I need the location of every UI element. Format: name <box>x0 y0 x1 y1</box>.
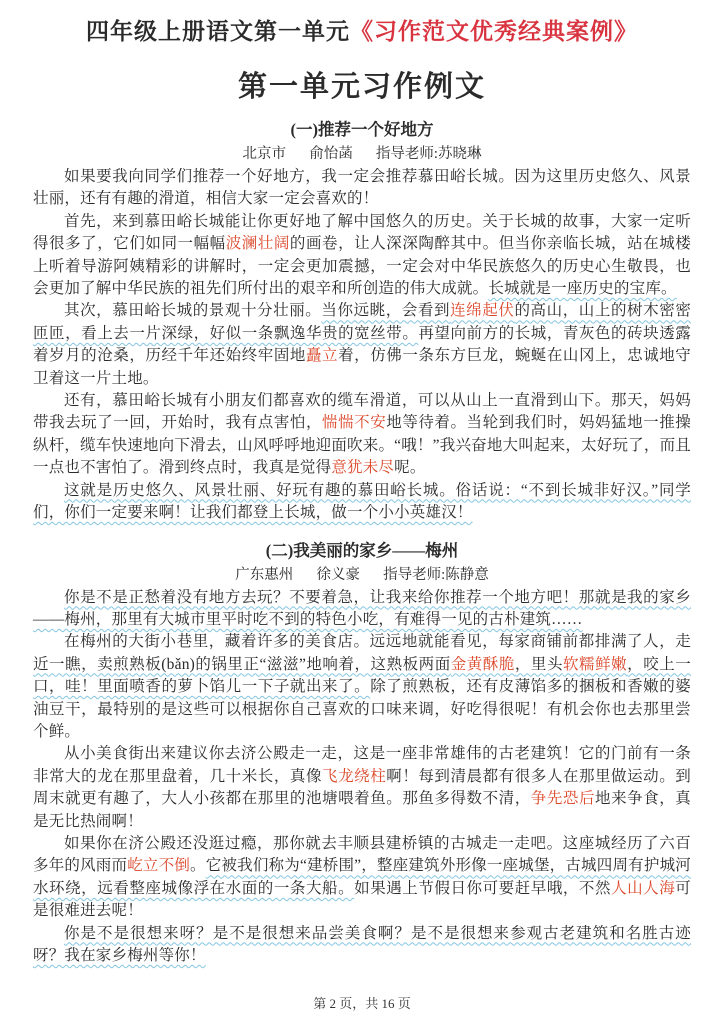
paragraph: 从小美食街出来建议你去济公殿走一走，这是一座非常雄伟的古老建筑！它的门前有一条非… <box>33 743 691 833</box>
text-run: 其次，慕田峪长城的景观十分壮丽。 <box>64 302 321 319</box>
keyword-red-run: 人山人海 <box>611 880 675 897</box>
author-location: 北京市 <box>243 146 287 162</box>
wavy-underline-run: 你是不是很想来呀？是不是很想来品尝美食啊？是不是很想来参观古老建筑和名胜古迹呀？… <box>33 925 691 964</box>
paragraph: 在梅州的大街小巷里，藏着许多的美食店。远远地就能看见，每家商铺前都排满了人，走近… <box>33 631 691 743</box>
wavy-underline-run: 当你远眺，会看到 <box>321 302 450 319</box>
paragraph: 其次，慕田峪长城的景观十分壮丽。当你远眺，会看到连绵起伏的高山，山上的树木密密匝… <box>33 300 691 390</box>
paragraph: 这就是历史悠久、风景壮丽、好玩有趣的慕田峪长城。俗话说：“不到长城非好汉。”同学… <box>33 480 691 525</box>
wavy-underline-run: 长城就是一座历史的宝库。 <box>488 280 676 297</box>
document-heading: 第一单元习作例文 <box>33 70 691 104</box>
main-title: 四年级上册语文第一单元《习作范文优秀经典案例》 <box>33 16 691 46</box>
keyword-red-run: 波澜壮阔 <box>226 235 290 252</box>
section-2-heading: (二)我美丽的家乡——梅州 <box>33 540 691 562</box>
document-page: 四年级上册语文第一单元《习作范文优秀经典案例》 第一单元习作例文 (一)推荐一个… <box>0 0 724 1024</box>
page-footer: 第 2 页，共 16 页 <box>33 983 691 1024</box>
keyword-red-run: 矗立 <box>306 347 338 364</box>
author-student: 俞怡菡 <box>309 146 353 162</box>
wavy-underline-run: 近一瞧，卖煎熟板(bǎn)的锅里正“滋滋”地响着，这熟板两面 <box>33 656 451 673</box>
main-title-black-part: 四年级上册语文第一单元 <box>86 18 350 44</box>
section-1: (一)推荐一个好地方 北京市俞怡菡指导老师:苏晓琳 如果要我向同学们推荐一个好地… <box>33 104 691 525</box>
wavy-underline-run: 这就是历史悠久、风景壮丽、好玩有趣的慕田峪长城。俗话说：“不到长城非好汉。”同学… <box>33 482 691 521</box>
section-2-paragraphs: 你是不是正愁着没有地方去玩？不要着急，让我来给你推荐一个地方吧！那就是我的家乡—… <box>33 587 691 968</box>
keyword-red-run: 争先恐后 <box>531 790 595 807</box>
text-run: 如果遇上节假日你可要赶早哦，不然 <box>354 880 611 897</box>
keyword-red-wavy-run: 软糯鲜嫩 <box>563 656 627 673</box>
paragraph: 你是不是很想来呀？是不是很想来品尝美食啊？是不是很想来参观古老建筑和名胜古迹呀？… <box>33 923 691 968</box>
author-teacher: 指导老师:陈静意 <box>383 567 489 583</box>
paragraph: 首先，来到慕田峪长城能让你更好地了解中国悠久的历史。关于长城的故事，大家一定听得… <box>33 211 691 301</box>
keyword-red-run: 屹立不倒 <box>127 857 190 874</box>
text-run: 呢。 <box>394 459 425 476</box>
text-run: 。 <box>190 857 206 874</box>
author-teacher: 指导老师:苏晓琳 <box>376 146 482 162</box>
author-location: 广东惠州 <box>235 567 293 583</box>
wavy-underline-run: ，里头 <box>515 656 563 673</box>
keyword-red-run: 惴惴不安 <box>322 414 386 431</box>
text-run: 如果要我向同学们推荐一个好地方，我一定会推荐慕田峪长城。因为这里历史悠久、风景壮… <box>33 168 691 207</box>
paragraph: 如果你在济公殿还没逛过瘾，那你就去丰顺县建桥镇的古城走一走吧。这座城经历了六百多… <box>33 833 691 923</box>
keyword-red-wavy-run: 连绵起伏 <box>450 302 514 319</box>
main-title-red-part: 《习作范文优秀经典案例》 <box>350 18 638 44</box>
section-2: (二)我美丽的家乡——梅州 广东惠州徐义豪指导老师:陈静意 你是不是正愁着没有地… <box>33 525 691 968</box>
text-run: 在梅州的大街小巷里，藏着许多的美食店。远远地就能看见，每家商铺前都排满了人，走 <box>64 633 691 650</box>
section-1-author-line: 北京市俞怡菡指导老师:苏晓琳 <box>33 144 691 164</box>
section-2-author-line: 广东惠州徐义豪指导老师:陈静意 <box>33 565 691 585</box>
section-1-heading: (一)推荐一个好地方 <box>33 119 691 141</box>
wavy-underline-run: 你是不是正愁着没有地方去玩？不要着急，让我来给你推荐一个地方吧！那就是我的家乡—… <box>33 589 691 628</box>
paragraph: 还有，慕田峪长城有小朋友们都喜欢的缆车滑道，可以从山上一直滑到山下。那天，妈妈带… <box>33 390 691 480</box>
keyword-red-run: 飞龙绕柱 <box>322 768 386 785</box>
keyword-red-wavy-run: 金黄酥脆 <box>451 656 515 673</box>
section-1-paragraphs: 如果要我向同学们推荐一个好地方，我一定会推荐慕田峪长城。因为这里历史悠久、风景壮… <box>33 166 691 525</box>
author-student: 徐义豪 <box>316 567 360 583</box>
paragraph: 如果要我向同学们推荐一个好地方，我一定会推荐慕田峪长城。因为这里历史悠久、风景壮… <box>33 166 691 211</box>
paragraph: 你是不是正愁着没有地方去玩？不要着急，让我来给你推荐一个地方吧！那就是我的家乡—… <box>33 587 691 632</box>
keyword-red-run: 意犹未尽 <box>331 459 394 476</box>
